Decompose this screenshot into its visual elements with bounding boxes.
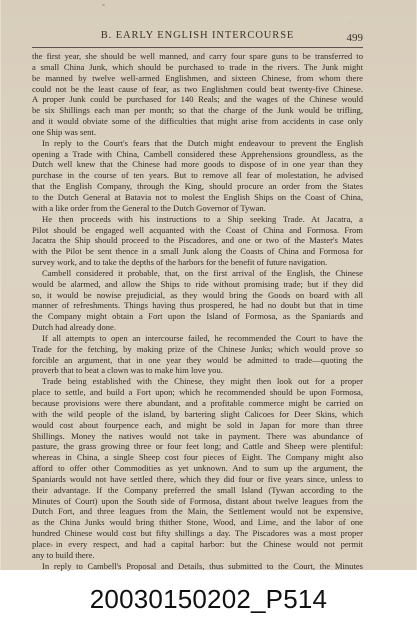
text-line: would be alarmed, and allow the Ships to… bbox=[32, 279, 363, 290]
text-line: that the English Company, through the Ki… bbox=[32, 181, 363, 192]
text-line: so, it would be nowise prejudicial, as t… bbox=[32, 290, 363, 301]
text-line: A proper Junk could be purchased for 140… bbox=[32, 94, 363, 105]
text-line: to the Dutch General at Batavia not to m… bbox=[32, 192, 363, 203]
text-line: manner of refreshments. Things having th… bbox=[32, 300, 363, 311]
text-line: Trade for the fetching, by making prize … bbox=[32, 344, 363, 355]
text-line: because provisions were there abundant, … bbox=[32, 398, 363, 409]
text-line: afford to offer other Commodities as yet… bbox=[32, 463, 363, 474]
text-line: Dutch had already done. bbox=[32, 322, 363, 333]
text-line: Spaniards would not have settled there, … bbox=[32, 474, 363, 485]
text-line: Minutes of Court) upon the South side of… bbox=[32, 496, 363, 507]
header-title: B. EARLY ENGLISH INTERCOURSE bbox=[32, 30, 363, 41]
page-number: 499 bbox=[347, 32, 364, 44]
text-line: pasture, the grass growing three or four… bbox=[32, 441, 363, 452]
text-line: whereas in China, a single Sheep cost fo… bbox=[32, 452, 363, 463]
body-text: the first year, she should be well manne… bbox=[32, 51, 363, 572]
text-line: with a like order from the General to th… bbox=[32, 203, 363, 214]
text-line: opening a Trade with China, Cambell cons… bbox=[32, 149, 363, 160]
text-line: purchase in the course of ten years. But… bbox=[32, 170, 363, 181]
text-line: be manned by twelve well-armed Englishme… bbox=[32, 73, 363, 84]
text-line: survey work, and to take the depths of t… bbox=[32, 257, 363, 268]
text-line: Trade being established with the Chinese… bbox=[32, 376, 363, 387]
text-line: Pilot should be engaged well acquanted w… bbox=[32, 225, 363, 236]
text-line: their advantage. If the Company preferre… bbox=[32, 485, 363, 496]
text-line: Cambell considered it probable, that, on… bbox=[32, 268, 363, 279]
text-line: the Company might obtain a Fort upon the… bbox=[32, 311, 363, 322]
text-line: proverb that to beat a clown was to make… bbox=[32, 365, 363, 376]
text-line: Dutch Fort, and three leagues from the M… bbox=[32, 506, 363, 517]
image-caption: 20030150202_P514 bbox=[0, 584, 417, 615]
text-line: with the Pilot be sent thence in a small… bbox=[32, 246, 363, 257]
text-line: hundred Chinese would cost but fifty shi… bbox=[32, 528, 363, 539]
scanned-page: B. EARLY ENGLISH INTERCOURSE 499 the fir… bbox=[0, 0, 417, 570]
text-line: could not be the least cause of fear, as… bbox=[32, 84, 363, 95]
text-line: He then proceeds with his instructions t… bbox=[32, 214, 363, 225]
header-rule bbox=[32, 47, 363, 48]
text-line: as the China Junks would bring thither S… bbox=[32, 517, 363, 528]
text-line: In reply to the Court's fears that the D… bbox=[32, 138, 363, 149]
text-line: Dutch well knew that the Chinese had mor… bbox=[32, 159, 363, 170]
text-line: be six Shillings each man per month; so … bbox=[32, 105, 363, 116]
text-line: would cost about fourpence each, and mig… bbox=[32, 420, 363, 431]
text-line: any to build there. bbox=[32, 550, 363, 561]
text-line: If all attempts to open an intercourse f… bbox=[32, 333, 363, 344]
text-line: and it would obviate some of the difficu… bbox=[32, 116, 363, 127]
text-line: Shillings. Money the natives would not t… bbox=[32, 431, 363, 442]
text-line: In reply to Cambell's Proposal and Detai… bbox=[32, 561, 363, 572]
text-line: a small China Junk, which should be purc… bbox=[32, 62, 363, 73]
text-line: the first year, she should be well manne… bbox=[32, 51, 363, 62]
paper-speck bbox=[102, 4, 105, 6]
text-line: with the wild people of the island, by b… bbox=[32, 409, 363, 420]
paper-speck bbox=[350, 22, 351, 23]
text-line: place to settle, and build a Fort upon; … bbox=[32, 387, 363, 398]
text-line: Jacatra the Ship should proceed to the P… bbox=[32, 235, 363, 246]
running-header: B. EARLY ENGLISH INTERCOURSE 499 bbox=[32, 30, 363, 46]
text-line: place in every respect, and had a capita… bbox=[32, 539, 363, 550]
text-line: forcible an argument, that in one year t… bbox=[32, 355, 363, 366]
text-line: one Ship was sent. bbox=[32, 127, 363, 138]
